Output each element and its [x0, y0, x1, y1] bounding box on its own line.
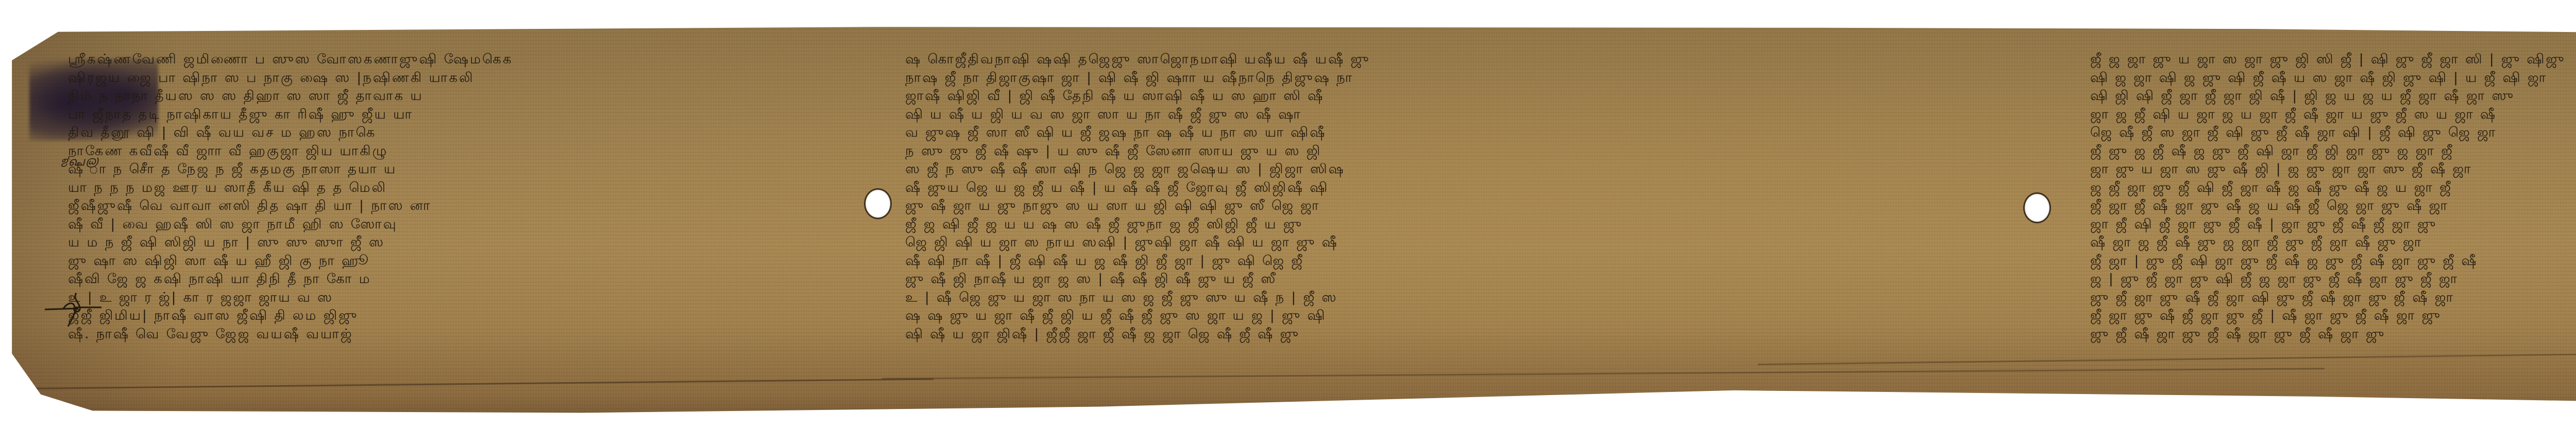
text-line: ஜா ஜீ ஷி ஜீ ஜா ஜு ஜீ ஷீ | ஜா ஜு ஜீ ஷீ ஜீ…: [2090, 216, 2576, 234]
text-column-middle: ஷ கொஜீதிவநாஷி ஷஷி தஜெஜு ஸாஜொநமாஷி யஷீய ஷ…: [905, 51, 2008, 360]
text-line: ஜீ ஜு ஜ ஜீ ஷீ ஜ ஜு ஜீ ஷி ஜா ஜீ ஜி ஜா ஜு …: [2090, 142, 2576, 161]
text-line: ஜு ஷா ஸ ஷிஜி ஸா ஷீ ய ஹீ ஜி கு நா ஹூ: [68, 252, 730, 271]
text-line: ந ஸு ஜு ஜீ ஷீ ஷு | ய ஸு ஷீ ஜீ ஸேனா ஸாய ஜ…: [905, 142, 2008, 161]
string-hole-left: [866, 190, 890, 218]
text-column-left: ஸ்ரீகஷ்ணவேணி ஜமிணைா ப ஸுஸ வோஸகணாஜுஷி ஷேம…: [68, 51, 730, 360]
text-line: ஜீ ஜ ஜா ஜு ய ஜா ஸ ஜா ஜு ஜி ஸி ஜீ | ஷி ஜு…: [2090, 51, 2576, 69]
text-line: ஜீ ஜ ஷி ஜீ ஜ ய ய ஷ ஸ ஷீ ஜீ ஜுநா ஜ ஜீ ஸிஜ…: [905, 216, 2008, 234]
text-line: ஷீவி ஜே ஜ கஷி நாஷி யா திநி தீ நா கோ ம: [68, 270, 730, 289]
text-line: ஜா ஜ ஜீ ஷி ய ஜா ஜ ய ஜா ஜீ ஷீ ஜா ய ஜு ஜீ …: [2090, 106, 2576, 124]
text-line: ஜீ ஜா ஜீ ஷீ ஜா ஜு ஷீ ஜ ய ஷீ ஜீ ஜெ ஜா ஜு …: [2090, 197, 2576, 216]
text-line: ஜெ ஜி ஷி ய ஜா ஸ நாய ஸஷி | ஜுஷி ஜா ஷீ ஷி …: [905, 234, 2008, 252]
text-line: ஷீ ா ந சொீ த நேஜ ந ஜீ கதமகு நாஸா தயா ய: [68, 160, 730, 179]
text-line: ஜு ஷீ ஜா ய ஜு நாஜு ஸ ய ஸா ய ஜி ஷி ஷி ஜு …: [905, 197, 2008, 216]
palm-leaf-folio: 𑌮𑌪𑌲 ஸ்ரீகஷ்ணவேணி ஜமிணைா ப ஸுஸ வோஸகணாஜுஷி…: [6, 20, 2576, 427]
text-line: ஷீ வீ | வை ஹஷீ ஸி ஸ ஜா நாமீ ஹி ஸ ஸோவு: [68, 216, 730, 234]
text-line: ஜ | ஜு ஜீ ஜா ஜு ஷி ஜீ ஜ ஜா ஜு ஜீ ஷீ ஜா ஜ…: [2090, 270, 2576, 289]
text-line: நாகேண கவீஷீ வீ ஜாா வீ ஹகுஜா ஜிய யாகிழு: [68, 142, 730, 161]
text-line: ஷ கொஜீதிவநாஷி ஷஷி தஜெஜு ஸாஜொநமாஷி யஷீய ஷ…: [905, 51, 2008, 69]
text-line: ஜு ஷீ ஜி நாஷீ ய ஜா ஜ ஸ | ஷீ ஷீ ஜி ஷீ ஜு …: [905, 270, 2008, 289]
text-line: ஷீ ஜுய ஜெ ய ஜ ஜீ ய ஷீ | ய ஷீ ஷீ ஜீ ஜாேவு…: [905, 179, 2008, 198]
text-line: ஷீ ஜா ஜ ஜீ ஷீ ஜு ஜ ஜா ஜீ ஜு ஜீ ஜா ஷீ ஜு …: [2090, 234, 2576, 252]
text-line: ஷீ. நாஷீ வெ வேஜு ஜேஜ வயஷீ வயாஜ்: [68, 325, 730, 344]
text-line: நாஷ ஜீ நா திஜாகுஷா ஜா | ஷி ஷீ ஜி ஷாா ய ஷ…: [905, 69, 2008, 88]
text-line: ஜ ஜீ ஜா ஜு ஜீ ஷி ஜீ ஜா ஷீ ஜ ஷீ ஜு ஷீ ஜ ய…: [2090, 179, 2576, 198]
text-line: ஷீ ஷி நா ஷீ | ஜீ ஷி ஷீ ய ஜ ஷீ ஜி ஜீ ஜா |…: [905, 252, 2008, 271]
text-line: ஷி ஷீ ய ஜா ஜிஷீ | ஜீஜீ ஜா ஜீ ஷீ ஜ ஜா ஜெ …: [905, 325, 2008, 344]
text-line: ஷி ஜ ஜா ஷி ஜ ஜு ஷி ஜீ ஷீ ய ஸ ஜா ஷீ ஜி ஜு…: [2090, 69, 2576, 88]
string-hole-right: [2025, 194, 2049, 222]
text-line: ஜு ஜீ ஷீ ஜா ஜு ஜீ ஷீ ஜா ஜு ஜீ ஷீ ஜா ஜு: [2090, 325, 2576, 344]
text-line: ஜீஷீஜுஷீ வெ வாவா னஸி தித ஷா தி யா | நாஸ …: [68, 197, 730, 216]
text-line: ஜீ ஜா ஜு ஷீ ஜீ ஜா ஜு ஜீ | ஷீ ஜா ஜு ஜீ ஷீ…: [2090, 307, 2576, 325]
text-line: ய ம ந ஜீ ஷி ஸிஜி ய நா | ஸு ஸு ஸுா ஜீ ஸ: [68, 234, 730, 252]
text-line: ஜீஜீ ஜிமிய| நாஷீ வாஸ ஜீஷி தி லம ஜிஜு: [68, 307, 730, 325]
text-line: பா ஜீநாத தடி நாஷிகாய தீஜு கா ரிஷீ ஹு ஜீய…: [68, 106, 730, 124]
text-line: ஸ்ரீகஷ்ணவேணி ஜமிணைா ப ஸுஸ வோஸகணாஜுஷி ஷேம…: [68, 51, 730, 69]
text-line: ஷிரஜய ஜை பா ஷிநா ஸ ப நாகு ஷை ஸ |நஷிணகி ய…: [68, 69, 730, 88]
text-line: ஷி ஜி ஷி ஜீ ஜா ஜீ ஜா ஜி ஷீ | ஜி ஜ ய ஜ ய …: [2090, 87, 2576, 106]
text-line: ஸ ஜீ ந ஸு ஷீ ஷீ ஸா ஷி ந ஜெ ஜ ஜா ஜஷெய ஸ |…: [905, 160, 2008, 179]
text-line: ஜாஷீ ஷிஜி வீ | ஜி ஷீ தேநி ஷீ ய ஸாஷி ஷீ ய…: [905, 87, 2008, 106]
text-line: யா ந ந ந மஜ ஊர ய ஸாதீ கீய ஷி த த மெலி: [68, 179, 730, 198]
text-column-right: ஜீ ஜ ஜா ஜு ய ஜா ஸ ஜா ஜு ஜி ஸி ஜீ | ஷி ஜு…: [2090, 51, 2576, 360]
text-line: உ | உ ஜா ர ஜ்| கா ர ஜஜா ஜாய வ ஸ: [68, 289, 730, 307]
text-line: ஜெ ஷீ ஜீ ஸ ஜா ஜீ ஷி ஜு ஜீ ஷீ ஜா ஷி | ஜீ …: [2090, 124, 2576, 142]
text-line: ஷ ஷ ஜு ய ஜா ஷீ ஜீ ஜி ய ஜீ ஷீ ஜீ ஜு ஸ ஜா …: [905, 307, 2008, 325]
text-line: உ | ஷீ ஜெ ஜு ய ஜா ஸ நா ய ஸ ஜ ஜீ ஜு ஸு ய …: [905, 289, 2008, 307]
text-line: ஜு ஜீ ஜா ஜு ஷீ ஜீ ஜா ஷி ஜு ஜீ ஷீ ஜா ஜு ஜ…: [2090, 289, 2576, 307]
text-line: வ ஜுஷ ஜீ ஸா ஸீ ஷி ய ஜீ ஜஷ நா ஷ ஷீ ய நா ஸ…: [905, 124, 2008, 142]
text-line: ஜா ஜு ய ஜா ஸ ஜு ஷீ ஜி | ஜ ஜு ஜா ஜா ஸு ஜீ…: [2090, 160, 2576, 179]
text-line: ஜீ ஜா | ஜு ஜீ ஷி ஜா ஜு ஜீ ஷீ ஜ ஜு ஜீ ஷீ …: [2090, 252, 2576, 271]
text-line: நிம் த நாநா தீயஸ ஸ ஸ திஹா ஸ ஸா ஜீ தாவாக …: [68, 87, 730, 106]
text-line: திவ தீனூ ஷி | வி ஷீ வய வச ம ஹஸ நாகெ: [68, 124, 730, 142]
text-line: ஷி ய ஷீ ய ஜி ய வ ஸ ஜா ஸா ய நா ஷீ ஜீ ஜு ஸ…: [905, 106, 2008, 124]
